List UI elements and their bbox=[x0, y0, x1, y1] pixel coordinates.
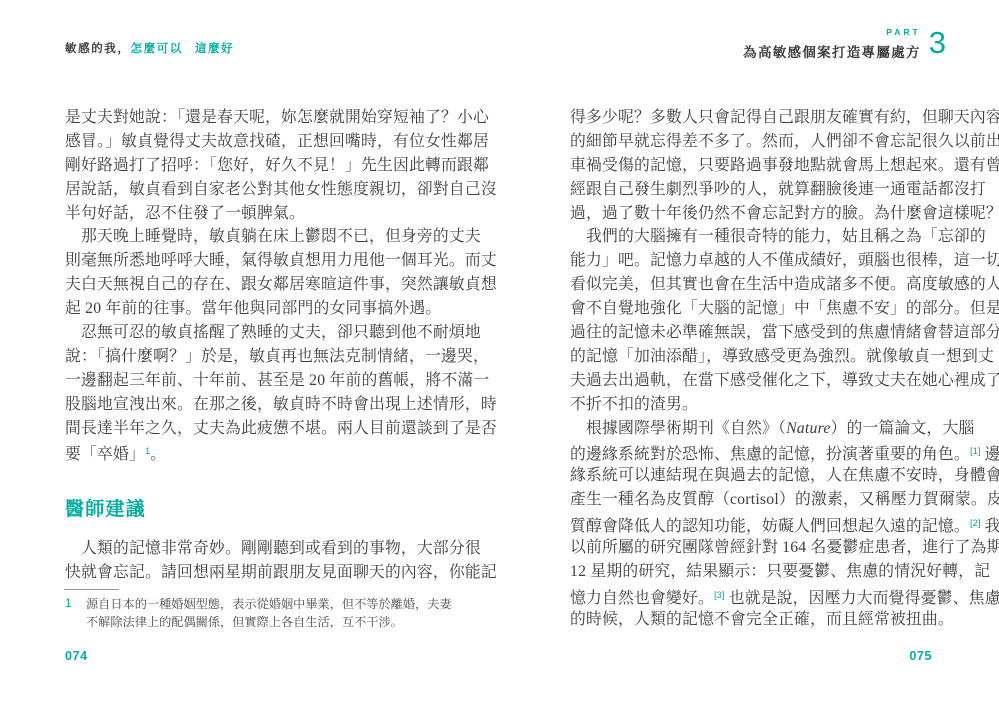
text-segment: 經跟自己發生劇烈爭吵的人，就算翻臉後連一通電話都沒打 bbox=[570, 181, 986, 198]
text-segment: 則毫無所悉地呼呼大睡，氣得敏貞想用力甩他一個耳光。而丈 bbox=[65, 252, 497, 269]
text-line: 根據國際學術期刊《自然》（Nature）的一篇論文，大腦 bbox=[570, 417, 984, 441]
text-segment: 我們的大腦擁有一種很奇特的能力，姑且稱之為「忘卻的 bbox=[570, 228, 986, 245]
chapter-title: 為高敏感個案打造專屬處方 bbox=[743, 41, 921, 61]
text-line: 的記憶「加油添醋」，導致感受更為強烈。就像敏貞一想到丈 bbox=[570, 345, 984, 369]
text-line: 憶力自然也會變好。[3] 也就是說，因壓力大而覺得憂鬱、焦慮 bbox=[570, 584, 984, 608]
text-segment: 緣系統可以連結現在與過去的記憶，人在焦慮不安時，身體會 bbox=[570, 467, 999, 484]
text-line: 說：「搞什麼啊？」於是，敏貞再也無法克制情緒，一邊哭， bbox=[65, 345, 487, 369]
text-segment: 12 星期的研究，結果顯示：只要憂鬱、焦慮的情況好轉，記 bbox=[570, 563, 990, 580]
text-segment: 不解除法律上的配偶關係，但實際上各自生活，互不干涉。 bbox=[86, 615, 403, 629]
text-line: 間長達半年之久，丈夫為此疲憊不堪。兩人目前還談到了是否 bbox=[65, 417, 487, 441]
left-page-body-text: 是丈夫對她說：「還是春天呢，妳怎麼就開始穿短袖了？小心感冒。」敏貞覺得丈夫故意找… bbox=[65, 106, 487, 464]
text-line: 人類的記憶非常奇妙。剛剛聽到或看到的事物，大部分很 bbox=[65, 537, 487, 561]
text-line: 感冒。」敏貞覺得丈夫故意找碴，正想回嘴時，有位女性鄰居 bbox=[65, 130, 487, 154]
italic-text: Nature bbox=[786, 420, 831, 437]
text-line: 質醇會降低人的認知功能，妨礙人們回想起久遠的記憶。[2] 我 bbox=[570, 512, 984, 536]
footnote: 1 源自日本的一種婚姻型態，表示從婚姻中畢業，但不等於離婚，夫妻不解除法律上的配… bbox=[65, 596, 493, 631]
text-line: 經跟自己發生劇烈爭吵的人，就算翻臉後連一通電話都沒打 bbox=[570, 178, 984, 202]
text-line: 我們的大腦擁有一種很奇特的能力，姑且稱之為「忘卻的 bbox=[570, 225, 984, 249]
text-segment: 的邊緣系統對於恐怖、焦慮的記憶，扮演著重要的角色。 bbox=[570, 446, 970, 463]
page-number-left: 074 bbox=[65, 649, 88, 663]
text-segment: 的細節早就忘得差不多了。然而，人們卻不會忘記很久以前出 bbox=[570, 133, 999, 150]
text-segment: 感冒。」敏貞覺得丈夫故意找碴，正想回嘴時，有位女性鄰居 bbox=[65, 133, 489, 150]
footnote-marker: 1 bbox=[65, 596, 86, 631]
text-line: 得多少呢？多數人只會記得自己跟朋友確實有約，但聊天內容 bbox=[570, 106, 984, 130]
text-line: 看似完美，但其實也會在生活中造成諸多不便。高度敏感的人 bbox=[570, 273, 984, 297]
text-segment: 間長達半年之久，丈夫為此疲憊不堪。兩人目前還談到了是否 bbox=[65, 420, 497, 437]
text-segment: 車禍受傷的記憶，只要路過事發地點就會馬上想起來。還有曾 bbox=[570, 157, 999, 174]
text-segment: 起 20 年前的往事。當年他與同部門的女同事搞外遇。 bbox=[65, 300, 441, 317]
text-segment: 忍無可忍的敏貞搖醒了熟睡的丈夫，卻只聽到他不耐煩地 bbox=[65, 324, 481, 341]
text-segment: 根據國際學術期刊《自然》（ bbox=[570, 420, 786, 437]
chapter-header-text: PART 為高敏感個案打造專屬處方 bbox=[743, 27, 921, 61]
text-line: 的時候，人類的記憶不會完全正確，而且經常被扭曲。 bbox=[570, 608, 984, 632]
running-header-left: 敏感的我，怎麼可以這麼好 bbox=[65, 40, 234, 56]
text-segment: 的記憶「加油添醋」，導致感受更為強烈。就像敏貞一想到丈 bbox=[570, 348, 994, 365]
book-title-accent-2: 這麼好 bbox=[195, 43, 234, 55]
text-line: 的邊緣系統對於恐怖、焦慮的記憶，扮演著重要的角色。[1] 邊 bbox=[570, 440, 984, 464]
text-line: 起 20 年前的往事。當年他與同部門的女同事搞外遇。 bbox=[65, 297, 487, 321]
text-line: 是丈夫對她說：「還是春天呢，妳怎麼就開始穿短袖了？小心 bbox=[65, 106, 487, 130]
text-segment: 居說話，敏貞看到自家老公對其他女性態度親切，卻對自己沒 bbox=[65, 181, 497, 198]
text-line: 12 星期的研究，結果顯示：只要憂鬱、焦慮的情況好轉，記 bbox=[570, 560, 984, 584]
text-line: 以前所屬的研究團隊曾經針對 164 名憂鬱症患者，進行了為期 bbox=[570, 536, 984, 560]
text-line: 的細節早就忘得差不多了。然而，人們卻不會忘記很久以前出 bbox=[570, 130, 984, 154]
text-line: 不解除法律上的配偶關係，但實際上各自生活，互不干涉。 bbox=[86, 614, 452, 632]
text-segment: 剛好路過打了招呼：「您好，好久不見！」先生因此轉而跟鄰 bbox=[65, 157, 489, 174]
right-page: PART 為高敏感個案打造專屬處方 3 得多少呢？多數人只會記得自己跟朋友確實有… bbox=[500, 0, 999, 709]
text-segment: 說：「搞什麼啊？」於是，敏貞再也無法克制情緒，一邊哭， bbox=[65, 348, 489, 365]
text-segment: 不折不扣的渣男。 bbox=[570, 396, 698, 413]
citation-superscript: [3] bbox=[714, 590, 725, 601]
text-line: 緣系統可以連結現在與過去的記憶，人在焦慮不安時，身體會 bbox=[570, 464, 984, 488]
text-line: 源自日本的一種婚姻型態，表示從婚姻中畢業，但不等於離婚，夫妻 bbox=[86, 596, 452, 614]
text-line: 過往的記憶未必準確無誤，當下感受到的焦慮情緒會替這部分 bbox=[570, 321, 984, 345]
footnote-text: 源自日本的一種婚姻型態，表示從婚姻中畢業，但不等於離婚，夫妻不解除法律上的配偶關… bbox=[86, 596, 452, 631]
book-title-accent-1: 怎麼可以 bbox=[131, 43, 183, 55]
text-segment: 半句好話，忍不住發了一頓脾氣。 bbox=[65, 205, 305, 222]
text-line: 那天晚上睡覺時，敏貞躺在床上鬱悶不已，但身旁的丈夫 bbox=[65, 225, 487, 249]
text-segment: 我 bbox=[981, 518, 999, 535]
text-segment: ）的一篇論文，大腦 bbox=[831, 420, 975, 437]
citation-superscript: [2] bbox=[970, 518, 981, 529]
text-segment: 過，過了數十年後仍然不會忘記對方的臉。為什麼會這樣呢？ bbox=[570, 205, 999, 222]
text-segment: 源自日本的一種婚姻型態，表示從婚姻中畢業，但不等於離婚，夫妻 bbox=[86, 597, 452, 611]
text-line: 快就會忘記。請回想兩星期前跟朋友見面聊天的內容，你能記 bbox=[65, 561, 487, 585]
left-page: 敏感的我，怎麼可以這麼好 是丈夫對她說：「還是春天呢，妳怎麼就開始穿短袖了？小心… bbox=[0, 0, 500, 709]
text-segment: 會不自覺地強化「大腦的記憶」中「焦慮不安」的部分。但是 bbox=[570, 300, 999, 317]
text-line: 居說話，敏貞看到自家老公對其他女性態度親切，卻對自己沒 bbox=[65, 178, 487, 202]
text-segment: 邊 bbox=[981, 446, 999, 463]
text-line: 半句好話，忍不住發了一頓脾氣。 bbox=[65, 202, 487, 226]
text-segment: 是丈夫對她說：「還是春天呢，妳怎麼就開始穿短袖了？小心 bbox=[65, 109, 489, 126]
footnote-divider bbox=[64, 589, 119, 590]
text-line: 會不自覺地強化「大腦的記憶」中「焦慮不安」的部分。但是 bbox=[570, 297, 984, 321]
text-line: 忍無可忍的敏貞搖醒了熟睡的丈夫，卻只聽到他不耐煩地 bbox=[65, 321, 487, 345]
text-line: 股腦地宣洩出來。在那之後，敏貞時不時會出現上述情形，時 bbox=[65, 393, 487, 417]
text-segment: 看似完美，但其實也會在生活中造成諸多不便。高度敏感的人 bbox=[570, 276, 999, 293]
text-segment: 夫過去出過軌，在當下感受催化之下，導致丈夫在她心裡成了 bbox=[570, 372, 999, 389]
text-line: 夫白天無視自己的存在、跟女鄰居寒暄這件事，突然讓敏貞想 bbox=[65, 273, 487, 297]
section-body-text: 人類的記憶非常奇妙。剛剛聽到或看到的事物，大部分很快就會忘記。請回想兩星期前跟朋… bbox=[65, 537, 487, 585]
text-segment: 也就是說，因壓力大而覺得憂鬱、焦慮 bbox=[725, 590, 999, 607]
text-segment: 得多少呢？多數人只會記得自己跟朋友確實有約，但聊天內容 bbox=[570, 109, 999, 126]
text-line: 產生一種名為皮質醇（cortisol）的激素，又稱壓力賀爾蒙。皮 bbox=[570, 488, 984, 512]
text-segment: 那天晚上睡覺時，敏貞躺在床上鬱悶不已，但身旁的丈夫 bbox=[65, 228, 481, 245]
section-heading: 醫師建議 bbox=[65, 494, 146, 521]
text-segment: 以前所屬的研究團隊曾經針對 164 名憂鬱症患者，進行了為期 bbox=[570, 539, 999, 556]
text-line: 過，過了數十年後仍然不會忘記對方的臉。為什麼會這樣呢？ bbox=[570, 202, 984, 226]
text-segment: 人類的記憶非常奇妙。剛剛聽到或看到的事物，大部分很 bbox=[65, 540, 481, 557]
text-line: 夫過去出過軌，在當下感受催化之下，導致丈夫在她心裡成了 bbox=[570, 369, 984, 393]
text-segment: 要「卒婚」 bbox=[65, 446, 145, 463]
text-segment: 憶力自然也會變好。 bbox=[570, 590, 714, 607]
text-line: 要「卒婚」1。 bbox=[65, 440, 487, 464]
text-segment: 。 bbox=[150, 446, 166, 463]
text-segment: 的時候，人類的記憶不會完全正確，而且經常被扭曲。 bbox=[570, 611, 954, 628]
book-title-black: 敏感的我， bbox=[65, 43, 131, 55]
part-number: 3 bbox=[929, 27, 946, 58]
text-segment: 質醇會降低人的認知功能，妨礙人們回想起久遠的記憶。 bbox=[570, 518, 970, 535]
text-line: 不折不扣的渣男。 bbox=[570, 393, 984, 417]
text-segment: 一邊翻起三年前、十年前、甚至是 20 年前的舊帳，將不滿一 bbox=[65, 372, 489, 389]
text-segment: 快就會忘記。請回想兩星期前跟朋友見面聊天的內容，你能記 bbox=[65, 564, 497, 581]
part-label: PART bbox=[886, 27, 921, 37]
citation-superscript: [1] bbox=[970, 446, 981, 457]
text-line: 車禍受傷的記憶，只要路過事發地點就會馬上想起來。還有曾 bbox=[570, 154, 984, 178]
text-line: 剛好路過打了招呼：「您好，好久不見！」先生因此轉而跟鄰 bbox=[65, 154, 487, 178]
running-header-right: PART 為高敏感個案打造專屬處方 3 bbox=[743, 27, 946, 61]
text-segment: 產生一種名為皮質醇（cortisol）的激素，又稱壓力賀爾蒙。皮 bbox=[570, 491, 999, 508]
text-segment: 夫白天無視自己的存在、跟女鄰居寒暄這件事，突然讓敏貞想 bbox=[65, 276, 497, 293]
text-line: 一邊翻起三年前、十年前、甚至是 20 年前的舊帳，將不滿一 bbox=[65, 369, 487, 393]
text-segment: 能力」吧。記憶力卓越的人不僅成績好，頭腦也很棒，這一切 bbox=[570, 252, 999, 269]
text-line: 則毫無所悉地呼呼大睡，氣得敏貞想用力甩他一個耳光。而丈 bbox=[65, 249, 487, 273]
text-segment: 股腦地宣洩出來。在那之後，敏貞時不時會出現上述情形，時 bbox=[65, 396, 497, 413]
page-number-right: 075 bbox=[909, 649, 932, 663]
text-line: 能力」吧。記憶力卓越的人不僅成績好，頭腦也很棒，這一切 bbox=[570, 249, 984, 273]
right-page-body-text: 得多少呢？多數人只會記得自己跟朋友確實有約，但聊天內容的細節早就忘得差不多了。然… bbox=[570, 106, 984, 632]
text-segment: 過往的記憶未必準確無誤，當下感受到的焦慮情緒會替這部分 bbox=[570, 324, 999, 341]
